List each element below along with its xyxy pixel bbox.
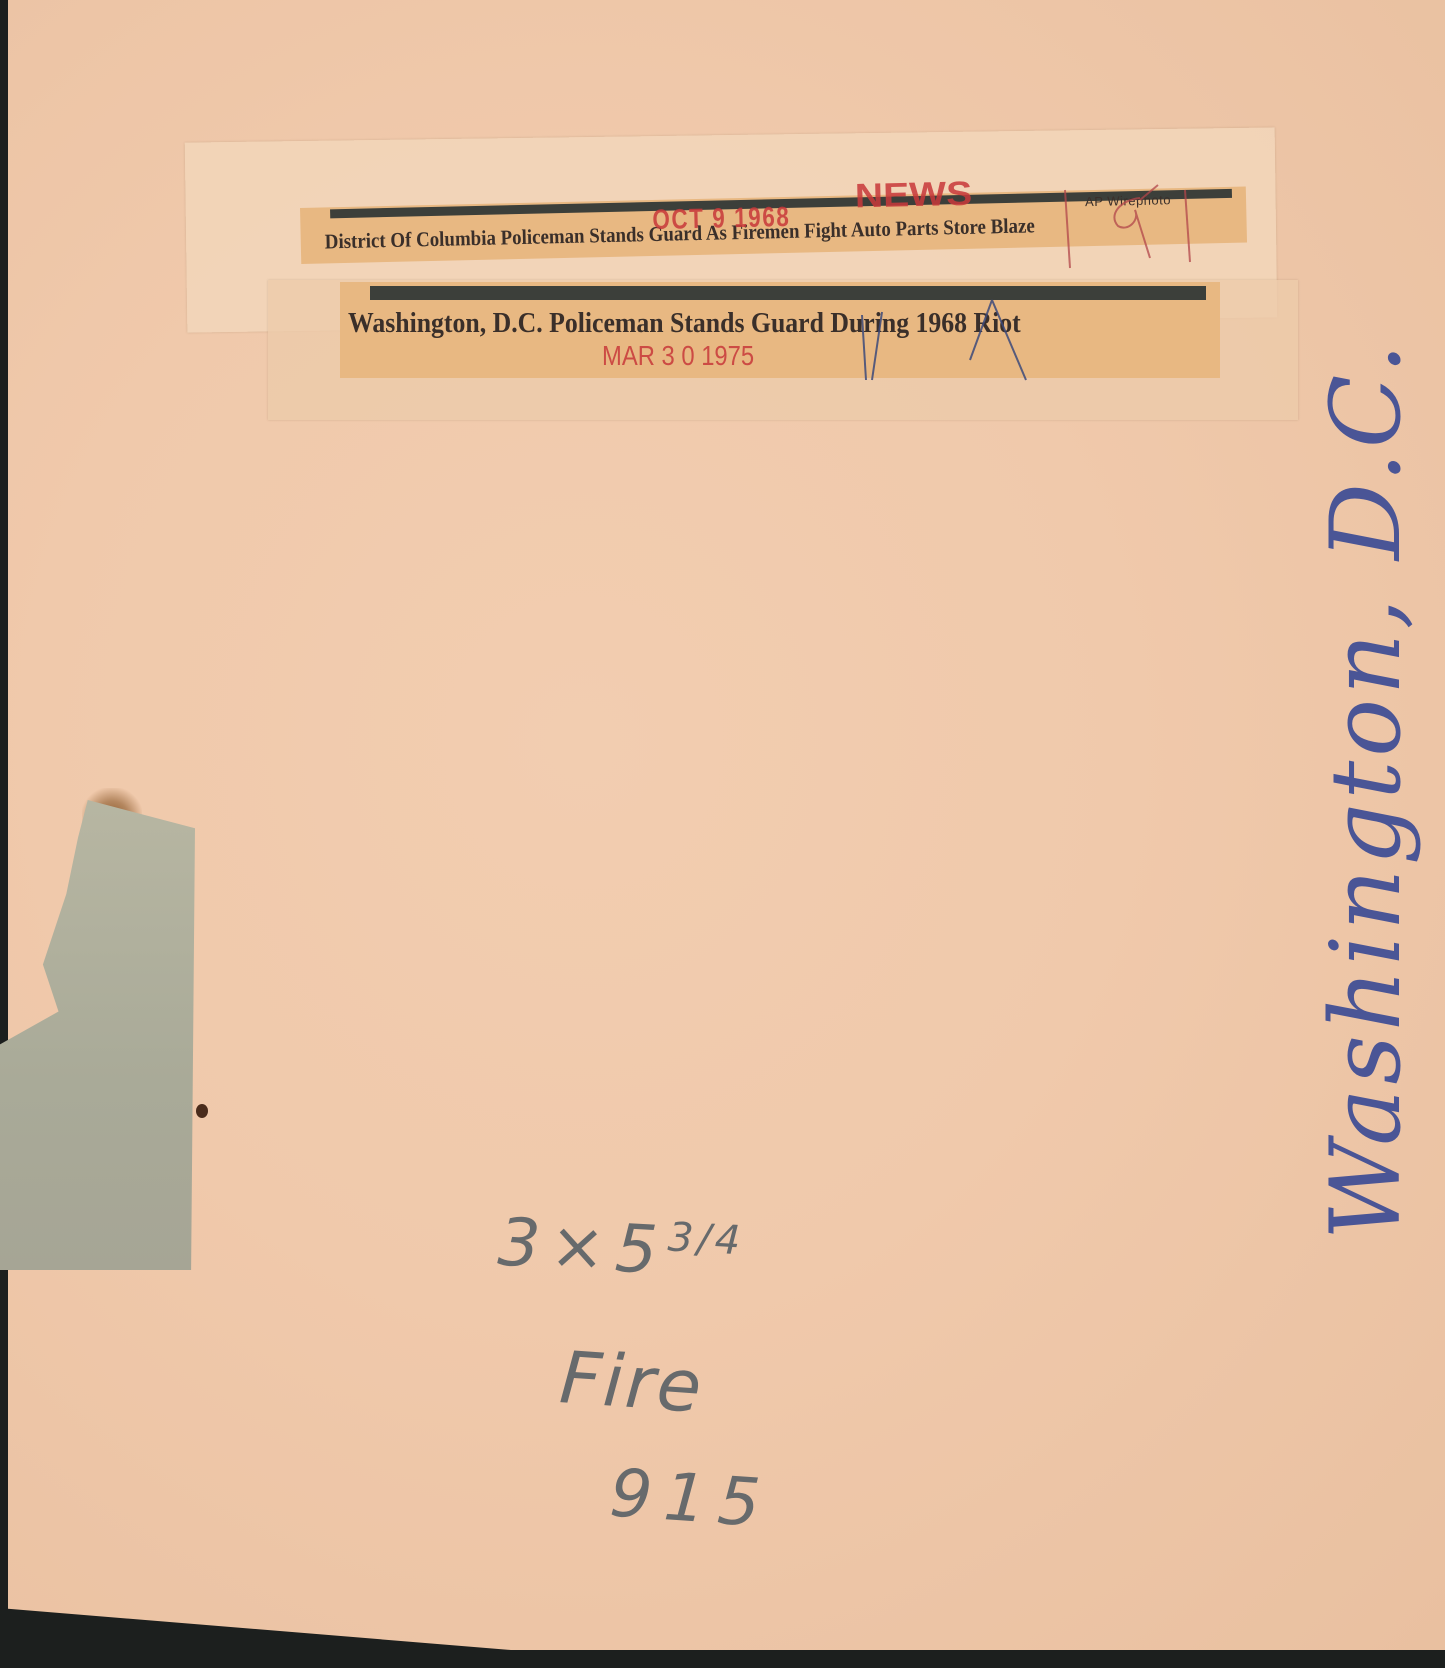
handwritten-file-label: Fire: [557, 1335, 706, 1429]
caption-strip-2: Washington, D.C. Policeman Stands Guard …: [340, 282, 1220, 378]
date-stamp-mar: MAR 3 0 1975: [602, 340, 754, 372]
caption-text-2: Washington, D.C. Policeman Stands Guard …: [348, 308, 1021, 340]
handwritten-file-number: 915: [608, 1454, 775, 1542]
ink-spot: [196, 1104, 208, 1118]
caption-rule: [370, 286, 1206, 300]
size-fraction: 3/4: [667, 1214, 746, 1264]
date-stamp-oct: OCT 9 1968: [652, 201, 791, 236]
caption-credit: AP Wirephoto: [1085, 192, 1171, 209]
size-main: 3×5: [496, 1204, 669, 1290]
handwritten-size: 3×53/4: [496, 1204, 745, 1294]
handwritten-location: Washington, D.C.: [1310, 340, 1422, 1240]
news-stamp: NEWS: [854, 175, 972, 217]
